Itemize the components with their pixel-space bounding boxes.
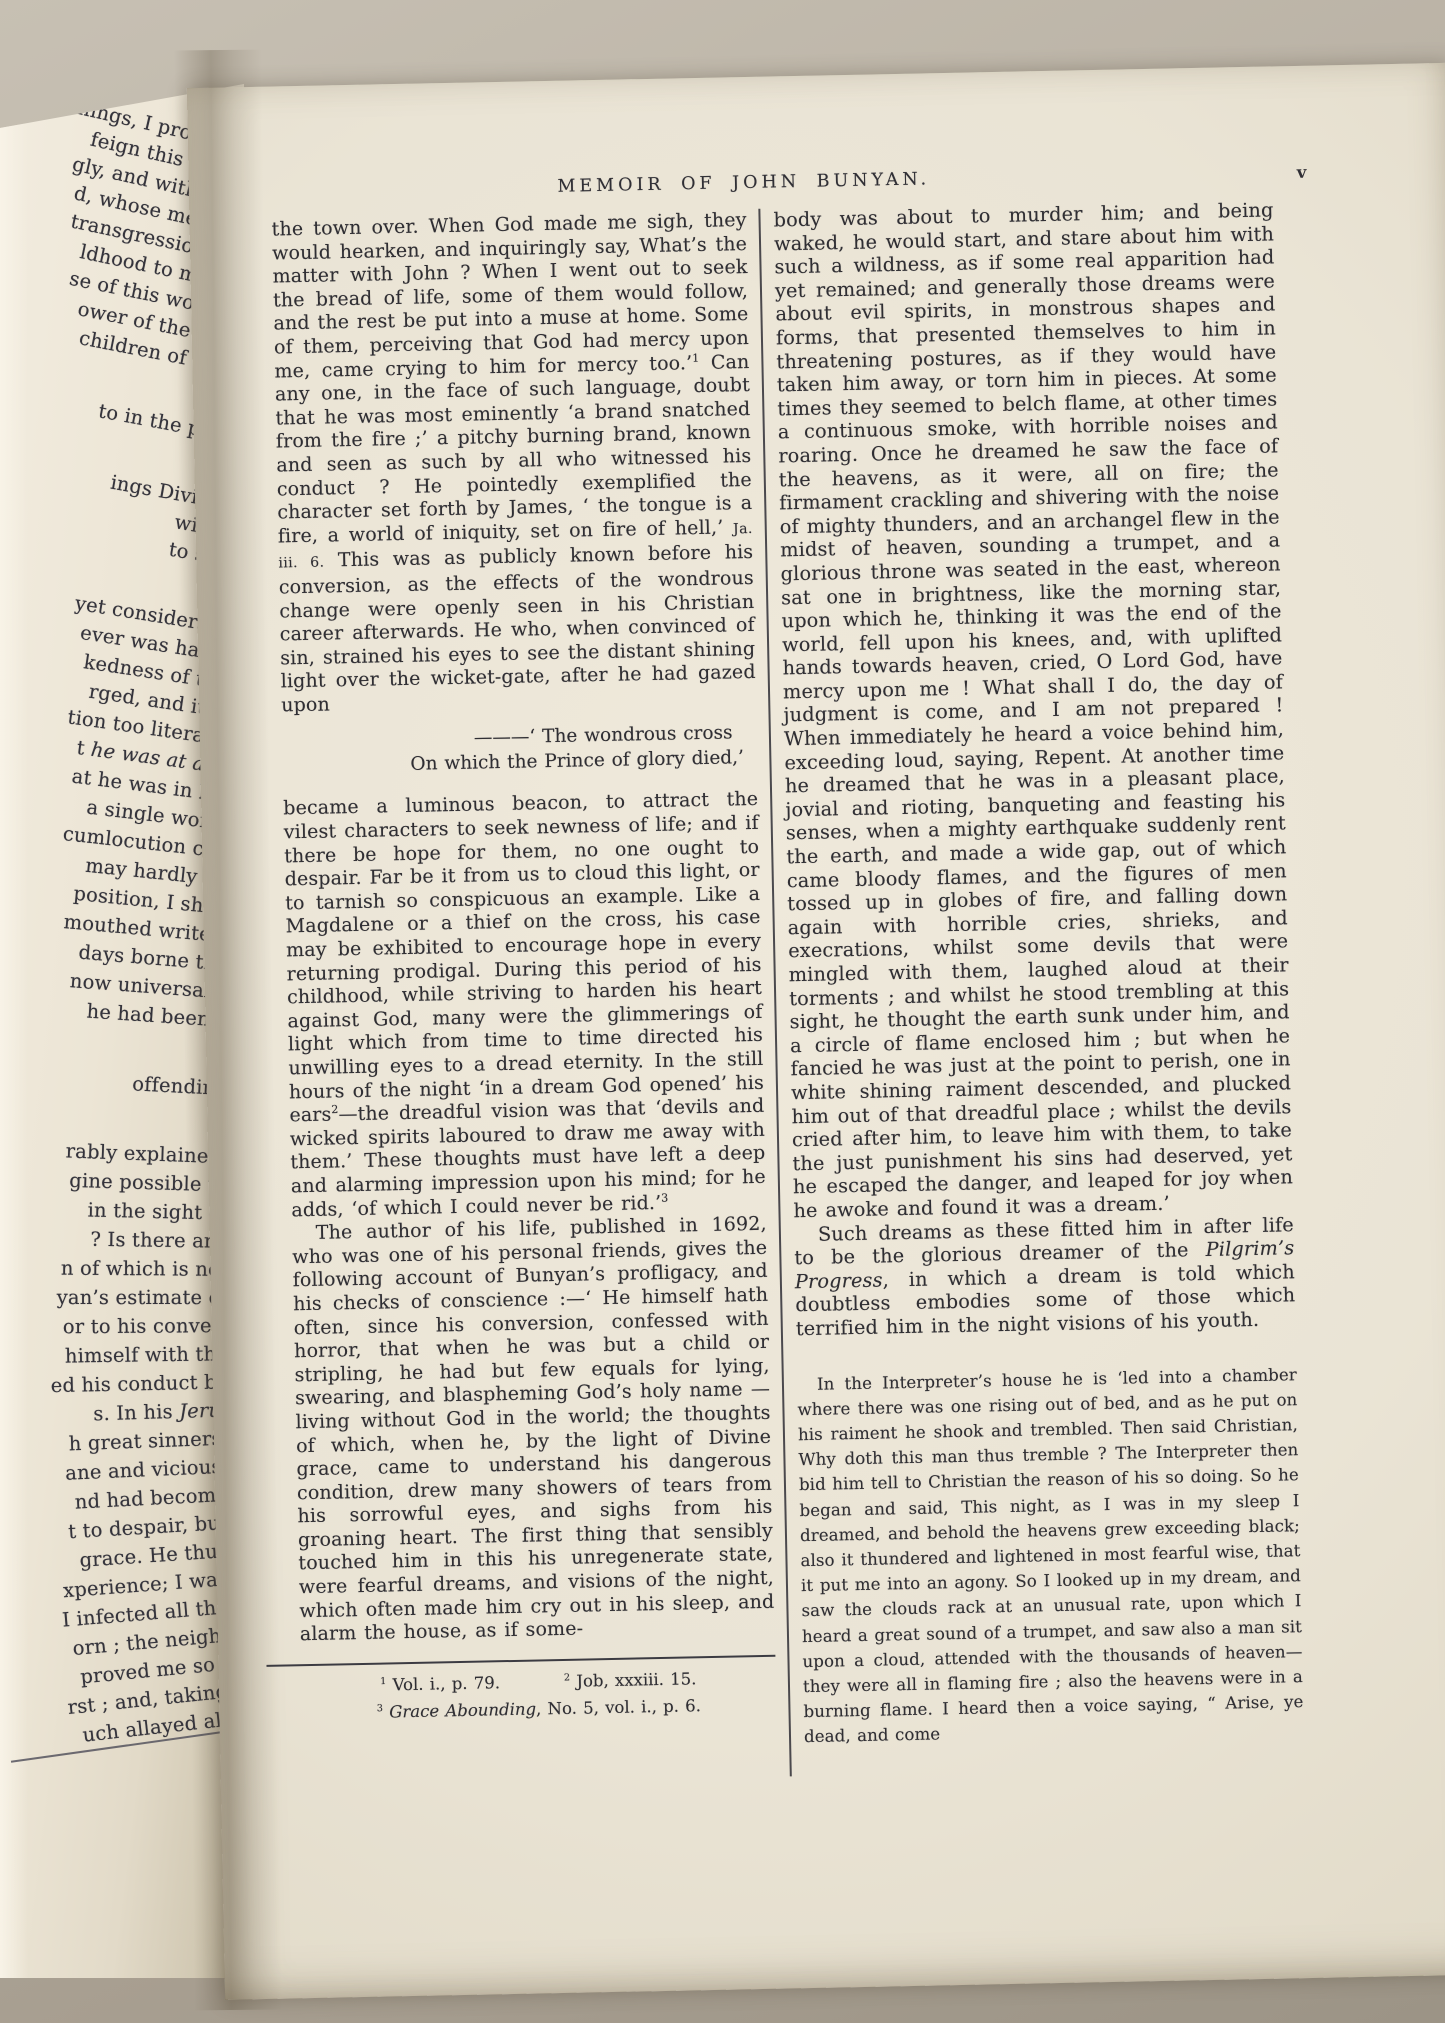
left-column: the town over. When God made me sigh, th… xyxy=(271,209,776,1727)
footnote: 1 Vol. i., p. 79. xyxy=(380,1673,500,1694)
paragraph: became a luminous beacon, to attract the… xyxy=(283,788,766,1222)
paragraph-small-type: In the Interpreter’s house he is ‘led in… xyxy=(797,1362,1304,1750)
paragraph: The author of his life, published in 169… xyxy=(292,1213,775,1647)
paragraph-continuation: body was about to murder him; and being … xyxy=(773,198,1293,1222)
paragraph-continuation: the town over. When God made me sigh, th… xyxy=(271,209,756,718)
main-page: MEMOIR OF JOHN BUNYAN. v the town over. … xyxy=(187,63,1445,2000)
poem-quote: ———‘ The wondrous cross On which the Pri… xyxy=(282,721,758,780)
book-photo: hings, I protestfeign this sortgly, and … xyxy=(0,0,1445,2023)
text-area: the town over. When God made me sigh, th… xyxy=(271,198,1306,1786)
paragraph: Such dreams as these fitted him in after… xyxy=(794,1213,1296,1341)
page-number: v xyxy=(1297,163,1307,182)
running-header: MEMOIR OF JOHN BUNYAN. xyxy=(279,164,1209,203)
right-column: body was about to murder him; and being … xyxy=(773,198,1304,1749)
footnote: 2 Job, xxxiii. 15. xyxy=(564,1669,697,1691)
footnotes: 1 Vol. i., p. 79.2 Job, xxxiii. 15. 3 Gr… xyxy=(301,1664,777,1728)
